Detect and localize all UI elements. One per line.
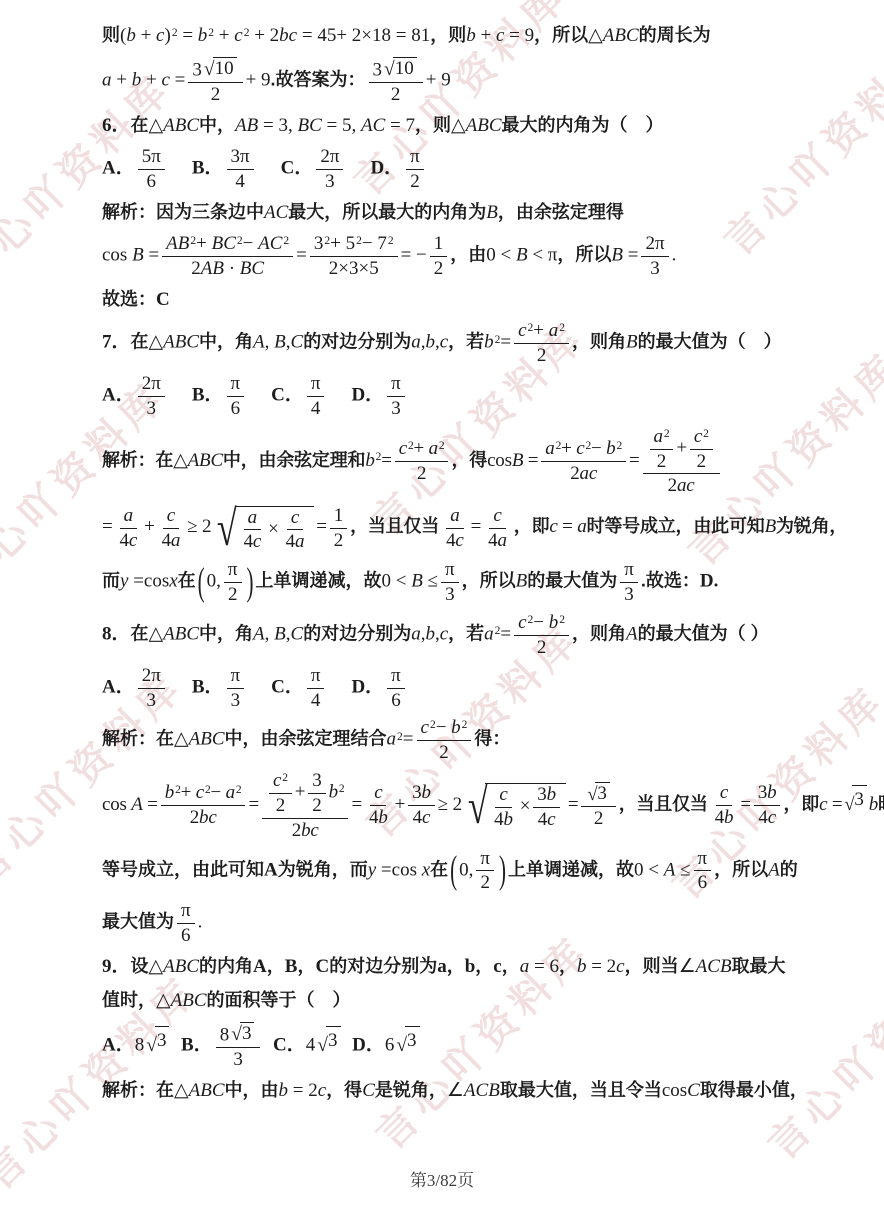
square-root: √3	[587, 782, 609, 805]
fraction: π3	[227, 665, 245, 712]
fraction-denominator: 6	[143, 170, 161, 193]
bold-label: c	[493, 956, 501, 977]
bold-label: C．	[281, 158, 314, 179]
bold-label: A	[253, 956, 267, 977]
math-run: =	[740, 794, 751, 815]
math-run: 0 < B ≤	[382, 571, 439, 592]
math-run: c = a	[549, 516, 586, 537]
math-run: b + c = 9	[466, 25, 534, 46]
math-run: + c	[561, 438, 584, 459]
radicand: a4c×c4a	[235, 506, 315, 554]
fraction-numerator: c	[163, 505, 179, 529]
math-run: C	[687, 1080, 700, 1101]
text-run: 中，	[199, 115, 235, 135]
superscript: 2	[703, 428, 709, 440]
math-run: 3	[242, 1023, 252, 1044]
math-run: 2	[276, 795, 285, 816]
math-run: 2π	[142, 665, 161, 686]
text-run: 的对边分别为	[303, 624, 411, 644]
fraction: a22	[650, 426, 674, 473]
text-run: ，	[559, 956, 577, 976]
text-line: 8．在△ABC中，角A, B,C的对边分别为a,b,c，若a2=c2− b22，…	[102, 612, 856, 659]
fraction: 3b4c	[533, 784, 560, 831]
bold-label: B．	[192, 676, 224, 697]
fraction-numerator: π	[177, 900, 195, 924]
math-run: + a	[533, 320, 558, 341]
math-run: =	[568, 794, 579, 815]
text-run: ，由	[450, 245, 486, 265]
math-run: 3	[391, 398, 401, 419]
text-run: ，得	[451, 450, 487, 470]
bold-label: B．	[181, 1035, 213, 1056]
math-run: c	[499, 784, 507, 805]
bold-label: D．	[370, 158, 403, 179]
math-run: 10	[395, 58, 414, 79]
math-run: A, B,C	[253, 624, 303, 645]
text-run: 故选：	[102, 289, 156, 309]
fraction-denominator: 3	[229, 1048, 247, 1071]
radicand: c4b×3b4c	[485, 783, 566, 831]
text-run: .故选：	[641, 571, 700, 591]
math-run: 2	[211, 84, 221, 105]
bold-label: A．	[102, 1035, 135, 1056]
math-run: 4	[306, 1035, 316, 1056]
superscript: 2	[664, 428, 670, 440]
text-run: 解析：在	[102, 450, 173, 470]
text-run: 中，角	[199, 332, 253, 352]
roman-run: cos	[487, 450, 512, 471]
fraction: AB2+ BC2− AC22AB · BC	[162, 233, 293, 280]
fraction-numerator: π	[224, 559, 242, 583]
math-run: △ABC	[149, 624, 200, 645]
math-run: c	[421, 717, 429, 738]
math-run: 6	[698, 872, 708, 893]
text-run: ，	[475, 956, 493, 976]
text-run: 的	[780, 859, 798, 879]
text-run: 的对边分别为	[329, 956, 437, 976]
math-run: 4b	[715, 807, 734, 828]
fraction-numerator: π	[387, 373, 405, 397]
math-run: c	[493, 505, 501, 526]
fraction-denominator: 2	[406, 170, 424, 193]
math-run: A	[626, 624, 638, 645]
fraction-numerator: 3√10	[369, 57, 423, 83]
fraction-denominator: 2	[413, 462, 430, 485]
math-run: =	[629, 450, 640, 471]
text-run: 在	[178, 571, 196, 591]
math-run: AC	[264, 202, 288, 223]
text-line: 故选：C	[102, 286, 856, 315]
fraction-denominator: 2	[272, 794, 289, 817]
square-root: √3	[844, 785, 866, 815]
math-run: 2	[594, 808, 603, 829]
fraction-denominator: 2	[590, 807, 607, 830]
math-run: 0 < A ≤	[634, 859, 691, 880]
fraction: c4b	[490, 784, 517, 831]
fraction-numerator: c2	[690, 426, 713, 450]
math-run: B =	[132, 245, 159, 266]
fraction-numerator: c	[495, 784, 511, 808]
fraction: c2+ a22	[395, 438, 449, 485]
big-paren: (	[198, 554, 205, 612]
text-run: ，若	[448, 332, 484, 352]
fraction: 5π6	[138, 146, 165, 193]
fraction-denominator: 4b	[490, 808, 517, 831]
fraction-numerator: c	[370, 782, 386, 806]
math-run: a,b,c	[411, 332, 448, 353]
text-run: 最大，所以最大的内角为	[288, 202, 486, 222]
math-run: c	[720, 782, 728, 803]
fraction-denominator: 3	[143, 397, 161, 420]
math-run: a	[124, 505, 133, 526]
fraction-numerator: π	[307, 665, 325, 689]
math-run: − 7	[362, 233, 387, 254]
fraction: π3	[387, 373, 405, 420]
text-run: ，若	[448, 624, 484, 644]
math-run: △ABC	[588, 25, 639, 46]
fraction-numerator: π	[694, 848, 712, 872]
bold-label: 9．	[102, 956, 131, 977]
math-run: =	[248, 794, 259, 815]
math-run: 0,	[459, 859, 473, 880]
text-run: 在	[131, 624, 149, 644]
fraction: 32	[308, 770, 325, 817]
math-run: + 9	[246, 69, 271, 90]
square-root: √3	[146, 1026, 169, 1056]
math-run: 3	[157, 1030, 167, 1051]
fraction-denominator: 4b	[711, 806, 738, 829]
math-run: − a	[211, 782, 235, 803]
bold-label: C．	[273, 1035, 306, 1056]
fraction-denominator: 3	[441, 583, 459, 606]
math-run: c	[291, 507, 299, 528]
math-run: 4c	[758, 807, 776, 828]
fraction-numerator: c2	[269, 770, 292, 794]
fraction-denominator: 3	[387, 397, 405, 420]
math-run: 6	[147, 171, 157, 192]
math-run: △ABC	[173, 450, 223, 471]
math-run: a	[545, 438, 554, 459]
math-run: =	[316, 516, 327, 537]
fraction-denominator: 3	[646, 257, 664, 280]
math-run: π	[231, 665, 241, 686]
math-run: π	[311, 373, 321, 394]
fraction-denominator: 2	[224, 583, 242, 606]
text-line: A．2π3B．π6C．π4D．π3	[102, 373, 856, 420]
radicand: 3	[595, 782, 609, 805]
math-run: + 2bc = 45+ 2×18 = 81	[249, 25, 430, 46]
math-run: b	[365, 450, 374, 471]
fraction-denominator: 4c	[240, 530, 266, 553]
math-run: 3	[445, 584, 455, 605]
math-run: 2	[537, 637, 547, 658]
text-run: 则	[102, 25, 120, 45]
fraction-denominator: 2	[476, 871, 494, 894]
fraction-numerator: b2+ c2− a2	[161, 782, 246, 806]
fraction-denominator: 2×3×5	[325, 257, 383, 280]
math-run: − AC	[243, 233, 283, 254]
math-run: a	[450, 505, 459, 526]
text-line: 值时，△ABC的面积等于（ ）	[102, 987, 856, 1016]
math-run: 4c	[244, 531, 262, 552]
text-line: 解析：在△ABC中，由余弦定理和b2=c2+ a22，得cosB =a2+ c2…	[102, 426, 856, 498]
text-run: 的最大值为（ ）	[638, 624, 769, 644]
fraction-numerator: a2+ c2− b2	[541, 438, 626, 462]
math-run: 3	[233, 1049, 243, 1070]
math-run: +	[144, 516, 155, 537]
fraction-denominator: 2	[387, 83, 405, 106]
fraction-denominator: 4c	[442, 529, 468, 552]
superscript: 2	[462, 719, 468, 731]
math-run: ≥ 2	[438, 794, 462, 815]
math-run: 3	[147, 690, 157, 711]
square-root: √3	[231, 1022, 254, 1045]
fraction: 3b4c	[754, 782, 781, 829]
fraction: π4	[307, 373, 325, 420]
math-run: 3	[325, 171, 335, 192]
math-run: 0 < B < π	[486, 245, 557, 266]
math-run: 2π	[320, 146, 339, 167]
fraction-denominator: 2	[693, 450, 710, 473]
math-run: 3	[650, 258, 660, 279]
math-run: b	[484, 332, 494, 353]
math-run: 2	[417, 463, 426, 484]
fraction-denominator: 4	[307, 397, 325, 420]
math-run: 2	[657, 451, 666, 472]
math-run: = −	[401, 245, 427, 266]
fraction: π3	[441, 559, 459, 606]
math-run: c	[399, 438, 407, 459]
fraction-numerator: π	[227, 665, 245, 689]
bold-label: B．	[192, 158, 224, 179]
fraction-denominator: 2	[207, 83, 225, 106]
fraction-numerator: 1	[330, 505, 347, 529]
fraction-denominator: 4a	[158, 529, 185, 552]
fraction: c2− b22	[417, 717, 472, 764]
fraction-denominator: 6	[694, 871, 712, 894]
math-run: =	[500, 332, 511, 353]
roman-run: cos	[144, 571, 169, 592]
fraction-numerator: √3	[581, 782, 615, 807]
fraction-numerator: a	[244, 507, 261, 531]
math-run: △ABC	[174, 729, 225, 750]
math-run: 2	[697, 451, 706, 472]
text-run: 中，由余弦定理和	[223, 450, 365, 470]
math-run: 3	[314, 233, 324, 254]
text-line: A．8√3B．8√33C．4√3D．6√3	[102, 1022, 856, 1071]
math-run: 2	[312, 795, 321, 816]
math-run: 2	[410, 171, 420, 192]
math-run: 6	[385, 1035, 395, 1056]
math-run: ≥ 2	[187, 516, 211, 537]
math-run: x	[422, 859, 430, 880]
fraction-numerator: 3√10	[188, 57, 242, 83]
math-run: = b	[178, 25, 208, 46]
radicand: 3	[405, 1026, 420, 1056]
math-run: 2	[391, 84, 401, 105]
math-run: =	[403, 729, 414, 750]
math-run: c =	[819, 794, 842, 815]
math-run: 4	[311, 690, 321, 711]
fraction: 3√102	[188, 57, 242, 106]
text-run: ，当且仅当	[350, 516, 439, 536]
math-run: A, B,C	[253, 332, 303, 353]
math-run: + 5	[330, 233, 355, 254]
fraction-denominator: 3	[143, 689, 161, 712]
text-line: 9．设△ABC的内角A，B，C的对边分别为a，b，c，a = 6，b = 2c，…	[102, 953, 856, 982]
text-line: 最大值为π6.	[102, 900, 856, 947]
text-run: 最大的内角为（ ）	[502, 115, 664, 135]
fraction-denominator: 2ac	[566, 462, 601, 485]
math-run: 3	[854, 789, 863, 810]
math-run: b = 2c	[577, 956, 625, 977]
fraction-denominator: 4	[231, 170, 249, 193]
fraction-denominator: 4c	[754, 806, 780, 829]
fraction: π2	[476, 848, 494, 895]
fraction-denominator: 2	[653, 450, 670, 473]
math-run: B	[765, 516, 776, 537]
text-run: 设	[131, 956, 149, 976]
fraction: 3√102	[369, 57, 423, 106]
math-run: 2	[537, 345, 547, 366]
math-run: =	[296, 245, 307, 266]
fraction: π3	[620, 559, 638, 606]
text-line: 解析：在△ABC中，由b = 2c，得C是锐角，∠ACB取最大值，当且令当cos…	[102, 1077, 856, 1106]
fraction: 12	[430, 233, 448, 280]
text-run: ，则当	[625, 956, 679, 976]
fraction: a4c	[442, 505, 468, 552]
math-run: 2bc	[190, 807, 217, 828]
math-run: a	[484, 624, 494, 645]
fraction-numerator: 3b	[754, 782, 781, 806]
fraction-numerator: c	[489, 505, 505, 529]
text-run: 的内角	[199, 956, 253, 976]
fraction-denominator: 2ac	[664, 474, 699, 497]
math-run: ∠ACB	[447, 1080, 500, 1101]
math-run: B	[516, 571, 528, 592]
math-run: + BC	[196, 233, 236, 254]
math-run: + c	[214, 25, 243, 46]
text-run: 的最大值为	[527, 571, 617, 591]
math-run: 10	[215, 58, 234, 79]
math-run: 3π	[231, 146, 250, 167]
text-run: 解析：在	[102, 729, 174, 749]
math-run: 2	[434, 258, 444, 279]
math-run: +	[395, 794, 406, 815]
radical-icon: √	[217, 503, 237, 553]
math-run: A	[768, 859, 780, 880]
text-run: ，得	[326, 1080, 362, 1100]
math-run: B =	[512, 450, 538, 471]
text-line: A．5π6B．3π4C．2π3D．π2	[102, 146, 856, 193]
fraction: 3b4c	[408, 782, 435, 829]
superscript: 2	[559, 614, 565, 626]
fraction: c4a	[282, 507, 309, 554]
fraction-numerator: AB2+ BC2− AC2	[162, 233, 293, 257]
math-run: c	[518, 320, 526, 341]
math-run: a,b,c	[411, 624, 448, 645]
text-run: ，即	[783, 794, 819, 814]
math-run: a + b + c =	[102, 69, 185, 90]
fraction-numerator: c2+ a2	[514, 320, 569, 344]
fraction-numerator: c2+ a2	[395, 438, 449, 462]
text-run: ，所以	[462, 571, 516, 591]
fraction-denominator: 6	[387, 689, 405, 712]
fraction-numerator: 2π	[138, 665, 165, 689]
math-run: a = 6	[520, 956, 559, 977]
math-run: △ABC	[149, 332, 200, 353]
fraction: π4	[307, 665, 325, 712]
text-run: 值时，	[102, 990, 156, 1010]
math-run: △ABC	[174, 1080, 225, 1101]
square-root: √c4b×3b4c	[464, 781, 566, 831]
fraction-numerator: 1	[430, 233, 448, 257]
math-run: π	[311, 665, 321, 686]
math-run: 2	[480, 872, 490, 893]
fraction-numerator: c	[716, 782, 732, 806]
math-run: 2bc	[292, 820, 319, 841]
text-run: ，	[297, 956, 315, 976]
math-run: c	[167, 505, 175, 526]
fraction-denominator: 6	[177, 924, 195, 947]
square-root: √10	[204, 57, 237, 80]
square-root: √3	[317, 1026, 340, 1056]
bold-label: 7．	[102, 332, 131, 353]
text-run: ，则角	[572, 332, 626, 352]
math-run: 4c	[413, 807, 431, 828]
text-run: 而	[102, 571, 120, 591]
fraction-numerator: c	[287, 507, 303, 531]
math-run: 6	[181, 925, 191, 946]
fraction-denominator: 2	[435, 741, 453, 764]
math-run: 6	[231, 398, 241, 419]
fraction-numerator: π	[227, 373, 245, 397]
fraction-numerator: a2	[650, 426, 674, 450]
math-run: 3	[312, 770, 321, 791]
fraction-denominator: 2	[533, 344, 551, 367]
fraction-denominator: 4a	[484, 529, 511, 552]
fraction-denominator: 2	[330, 529, 347, 552]
math-run: 4c	[120, 530, 138, 551]
fraction: π6	[177, 900, 195, 947]
math-run: π	[231, 373, 241, 394]
text-run: 在	[131, 332, 149, 352]
math-run: 4c	[538, 809, 556, 830]
math-run: =	[500, 624, 511, 645]
math-run: 2AB · BC	[191, 258, 264, 279]
fraction: 2π3	[316, 146, 343, 193]
math-run: 3	[147, 398, 157, 419]
math-run: (b + c)	[120, 25, 171, 46]
math-run: 6	[391, 690, 401, 711]
text-line: 解析：在△ABC中，由余弦定理结合a2=c2− b22得：	[102, 717, 856, 764]
fraction-numerator: 32+ 52− 72	[310, 233, 398, 257]
text-run: 为锐角，	[776, 516, 847, 536]
math-run: .	[672, 245, 677, 266]
math-run: 2π	[645, 233, 664, 254]
text-run: 的对边分别为	[303, 332, 411, 352]
text-line: =a4c+c4a≥ 2√a4c×c4a=12，当且仅当a4c=c4a，即c = …	[102, 503, 856, 553]
math-run: b = 2c	[279, 1080, 327, 1101]
math-run: 3	[328, 1030, 338, 1051]
math-run: =	[102, 516, 113, 537]
bold-label: a	[437, 956, 447, 977]
math-run: +	[676, 437, 687, 458]
bold-label: 8．	[102, 624, 131, 645]
fraction-denominator: 3	[620, 583, 638, 606]
text-run: 在	[131, 115, 149, 135]
math-run: △ABC	[149, 956, 200, 977]
